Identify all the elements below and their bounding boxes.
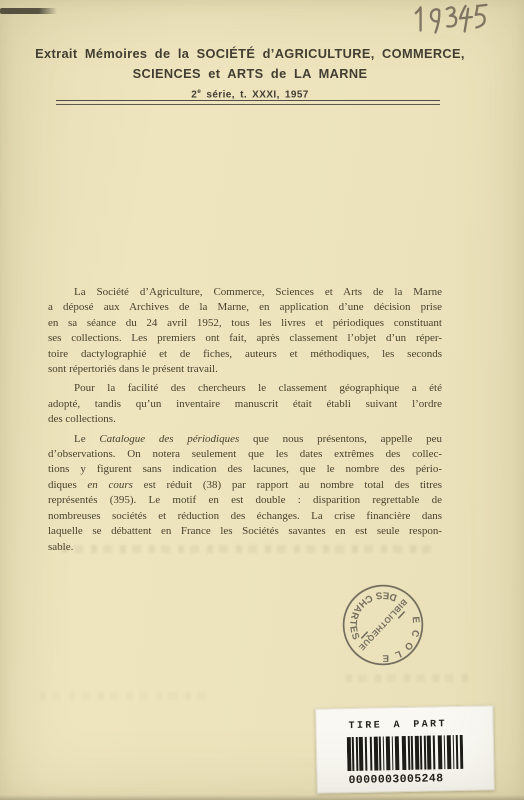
barcode-bar [386,736,390,770]
barcode-bar [365,737,367,771]
barcode-bar [391,736,393,770]
text-line: représentés (395). Le motif en est doubl… [48,493,442,508]
barcode-bar [427,736,431,770]
barcode-bar [456,735,458,769]
barcode-bar [433,735,435,769]
text-line: des collections. [48,412,442,427]
bleedthrough-smudge [346,674,468,682]
barcode-bar [452,735,454,769]
barcode-bar [373,737,377,771]
text-line: sont répertoriés dans le présent travail… [48,362,442,377]
barcode-bar [447,735,451,769]
text-line: en sa séance du 24 avril 1952, tous les … [48,316,442,331]
text-line: adopté, tandis qu’un inventaire manuscri… [48,397,442,412]
barcode-bar [402,736,406,770]
barcode-bar [408,736,410,770]
barcode-bar [382,736,384,770]
body-text: La Société d’Agriculture, Commerce, Scie… [48,285,442,559]
series-title-line1: Extrait Mémoires de la SOCIÉTÉ d’AGRICUL… [0,44,500,64]
barcode-bar [443,735,445,769]
scan-edge-mark [0,8,57,14]
series-title-line2: SCIENCES et ARTS de LA MARNE [0,64,500,84]
handwritten-accession-number [409,1,488,38]
barcode-number: 0000003005248 [348,771,493,787]
text-line: d’observations. On notera seulement que … [48,447,442,462]
text-line: toire dactylographié et de fiches, auteu… [48,347,442,362]
paragraph: La Société d’Agriculture, Commerce, Scie… [48,285,442,377]
barcode-bar [379,736,381,770]
label-title: TIRE A PART [348,718,492,732]
text-line: La Société d’Agriculture, Commerce, Scie… [48,285,442,300]
header-block: Extrait Mémoires de la SOCIÉTÉ d’AGRICUL… [0,44,500,102]
text-line: diques en cours est réduit (38) par rapp… [48,478,442,493]
barcode-bar [438,735,442,769]
text-line: nombreuses sociétés et réduction des éch… [48,509,442,524]
bleedthrough-smudge [40,692,210,700]
library-stamp: ECOLE DES CHARTES BIBLIOTHEQUE [339,581,427,669]
barcode-bar [356,737,358,771]
scanned-page: Extrait Mémoires de la SOCIÉTÉ d’AGRICUL… [0,0,524,800]
paragraph: Le Catalogue des périodiques que nous pr… [48,432,442,555]
paragraph: Pour la facilité des chercheurs le class… [48,381,442,427]
text-line: a déposé aux Archives de la Marne, en ap… [48,300,442,315]
barcode-bar [420,736,422,770]
page-bottom-edge [0,795,524,800]
barcode-bar [370,737,372,771]
barcode-bar [347,737,351,771]
barcode-bar [395,736,399,770]
text-line: ses collections. Les premiers ont fait, … [48,331,442,346]
text-line: sable. [48,540,442,555]
text-line: Le Catalogue des périodiques que nous pr… [48,432,442,447]
text-line: laquelle se débattent en France les Soci… [48,524,442,539]
barcode-bar [459,735,463,769]
barcode-bars [347,735,464,771]
barcode-bar [411,736,413,770]
tire-a-part-label: TIRE A PART 0000003005248 [315,705,495,793]
barcode-bar [359,737,363,771]
barcode-bar [352,737,354,771]
barcode-bar [415,736,419,770]
double-rule [56,100,440,105]
text-line: tions y figurent sans indication des lac… [48,462,442,477]
barcode-bar [424,736,426,770]
text-line: Pour la facilité des chercheurs le class… [48,381,442,396]
